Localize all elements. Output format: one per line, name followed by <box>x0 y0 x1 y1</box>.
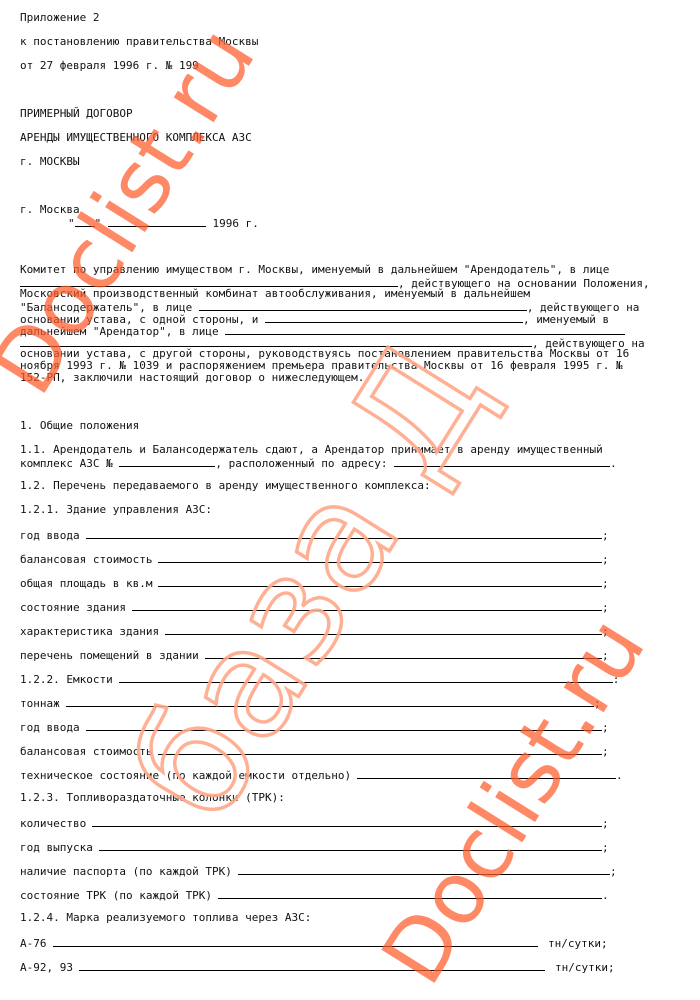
field-label: наличие паспорта (по каждой ТРК) <box>20 865 232 878</box>
field-row: наличие паспорта (по каждой ТРК); <box>20 864 617 878</box>
field-input-line[interactable] <box>79 960 545 971</box>
field-input-line[interactable] <box>53 936 539 947</box>
lessee-name-field[interactable] <box>265 312 523 323</box>
clause-1-2: 1.2. Перечень передаваемого в аренду иму… <box>20 480 431 492</box>
field-row: год ввода; <box>20 720 609 734</box>
field-label: А-92, 93 <box>20 961 73 974</box>
lessor-rep-field[interactable] <box>20 276 398 287</box>
field-input-line[interactable] <box>238 864 610 875</box>
field-input-line[interactable] <box>92 816 602 827</box>
field-label: общая площадь в кв.м <box>20 577 152 590</box>
resolution-date: от 27 февраля 1996 г. № 199 <box>20 60 199 72</box>
field-label: состояние здания <box>20 601 126 614</box>
field-end-punct: ; <box>602 553 609 566</box>
field-row: балансовая стоимость; <box>20 552 609 566</box>
field-row: А-92, 93тн/сутки; <box>20 960 615 974</box>
day-field[interactable] <box>75 216 95 227</box>
unit-label: тн/сутки; <box>548 937 608 950</box>
field-label: тоннаж <box>20 697 60 710</box>
clause-1-1-l2: комплекс АЗС № , расположенный по адресу… <box>20 456 617 470</box>
field-label: балансовая стоимость <box>20 745 152 758</box>
address-field[interactable] <box>394 456 610 467</box>
unit-label: тн/сутки; <box>555 961 615 974</box>
field-end-punct: ; <box>602 625 609 638</box>
field-row: количество; <box>20 816 609 830</box>
section-heading: 1. Общие положения <box>20 420 139 432</box>
field-row: характеристика здания; <box>20 624 609 638</box>
field-end-punct: ; <box>602 601 609 614</box>
field-end-punct: ; <box>602 721 609 734</box>
clause-1-2-2: 1.2.2. Емкости: <box>20 672 619 686</box>
preamble-l1: Комитет по управлению имуществом г. Моск… <box>20 264 670 276</box>
field-input-line[interactable] <box>158 576 602 587</box>
field-label: год ввода <box>20 721 80 734</box>
field-row: год ввода; <box>20 528 609 542</box>
field-label: количество <box>20 817 86 830</box>
lessee-rep-field[interactable] <box>225 324 625 335</box>
appendix-label: Приложение 2 <box>20 12 99 24</box>
doc-title-line2: АРЕНДЫ ИМУЩЕСТВЕННОГО КОМПЛЕКСА АЗС <box>20 132 252 144</box>
field-input-line[interactable] <box>205 648 602 659</box>
doc-title-line3: г. МОСКВЫ <box>20 156 80 168</box>
field-input-line[interactable] <box>158 744 602 755</box>
date-line: "" 1996 г. <box>68 216 259 230</box>
field-end-punct: . <box>602 889 609 902</box>
field-input-line[interactable] <box>218 888 602 899</box>
field-row: А-76тн/сутки; <box>20 936 608 950</box>
field-end-punct: ; <box>602 745 609 758</box>
tanks-field[interactable] <box>119 672 613 683</box>
clause-1-2-3: 1.2.3. Топливораздаточные колонки (ТРК): <box>20 792 285 804</box>
station-number-field[interactable] <box>119 456 215 467</box>
field-input-line[interactable] <box>66 696 594 707</box>
clause-1-2-1: 1.2.1. Здание управления АЗС: <box>20 504 212 516</box>
field-input-line[interactable] <box>99 840 602 851</box>
field-input-line[interactable] <box>158 552 602 563</box>
lessee-rep-field-cont[interactable] <box>20 336 532 347</box>
field-label: перечень помещений в здании <box>20 649 199 662</box>
field-end-punct: ; <box>602 649 609 662</box>
field-label: техническое состояние (по каждой емкости… <box>20 769 351 782</box>
field-row: тоннаж; <box>20 696 601 710</box>
clause-1-2-4: 1.2.4. Марка реализуемого топлива через … <box>20 912 311 924</box>
resolution-ref: к постановлению правительства Москвы <box>20 36 258 48</box>
field-end-punct: ; <box>610 865 617 878</box>
field-row: перечень помещений в здании; <box>20 648 609 662</box>
field-label: характеристика здания <box>20 625 159 638</box>
field-row: балансовая стоимость; <box>20 744 609 758</box>
holder-rep-field[interactable] <box>199 300 527 311</box>
field-input-line[interactable] <box>132 600 602 611</box>
field-end-punct: ; <box>602 529 609 542</box>
field-end-punct: ; <box>602 841 609 854</box>
preamble-l3: Московский производственный комбинат авт… <box>20 288 670 300</box>
field-end-punct: ; <box>602 817 609 830</box>
field-input-line[interactable] <box>86 720 602 731</box>
field-row: состояние ТРК (по каждой ТРК). <box>20 888 609 902</box>
field-input-line[interactable] <box>86 528 602 539</box>
field-end-punct: . <box>616 769 623 782</box>
field-input-line[interactable] <box>357 768 616 779</box>
field-input-line[interactable] <box>165 624 602 635</box>
month-field[interactable] <box>108 216 206 227</box>
field-end-punct: ; <box>602 577 609 590</box>
city-label: г. Москва <box>20 204 80 216</box>
field-label: год выпуска <box>20 841 93 854</box>
document-page: Приложение 2 к постановлению правительст… <box>0 0 700 1000</box>
field-label: балансовая стоимость <box>20 553 152 566</box>
year-label: 1996 г. <box>213 217 259 230</box>
field-row: техническое состояние (по каждой емкости… <box>20 768 623 782</box>
field-row: состояние здания; <box>20 600 609 614</box>
clause-1-1-l1: 1.1. Арендодатель и Балансодержатель сда… <box>20 444 603 456</box>
preamble-l10: 152-РП, заключили настоящий договор о ни… <box>20 372 670 384</box>
field-label: А-76 <box>20 937 47 950</box>
doc-title-line1: ПРИМЕРНЫЙ ДОГОВОР <box>20 108 133 120</box>
field-label: год ввода <box>20 529 80 542</box>
field-label: состояние ТРК (по каждой ТРК) <box>20 889 212 902</box>
field-end-punct: ; <box>594 697 601 710</box>
field-row: год выпуска; <box>20 840 609 854</box>
field-row: общая площадь в кв.м; <box>20 576 609 590</box>
